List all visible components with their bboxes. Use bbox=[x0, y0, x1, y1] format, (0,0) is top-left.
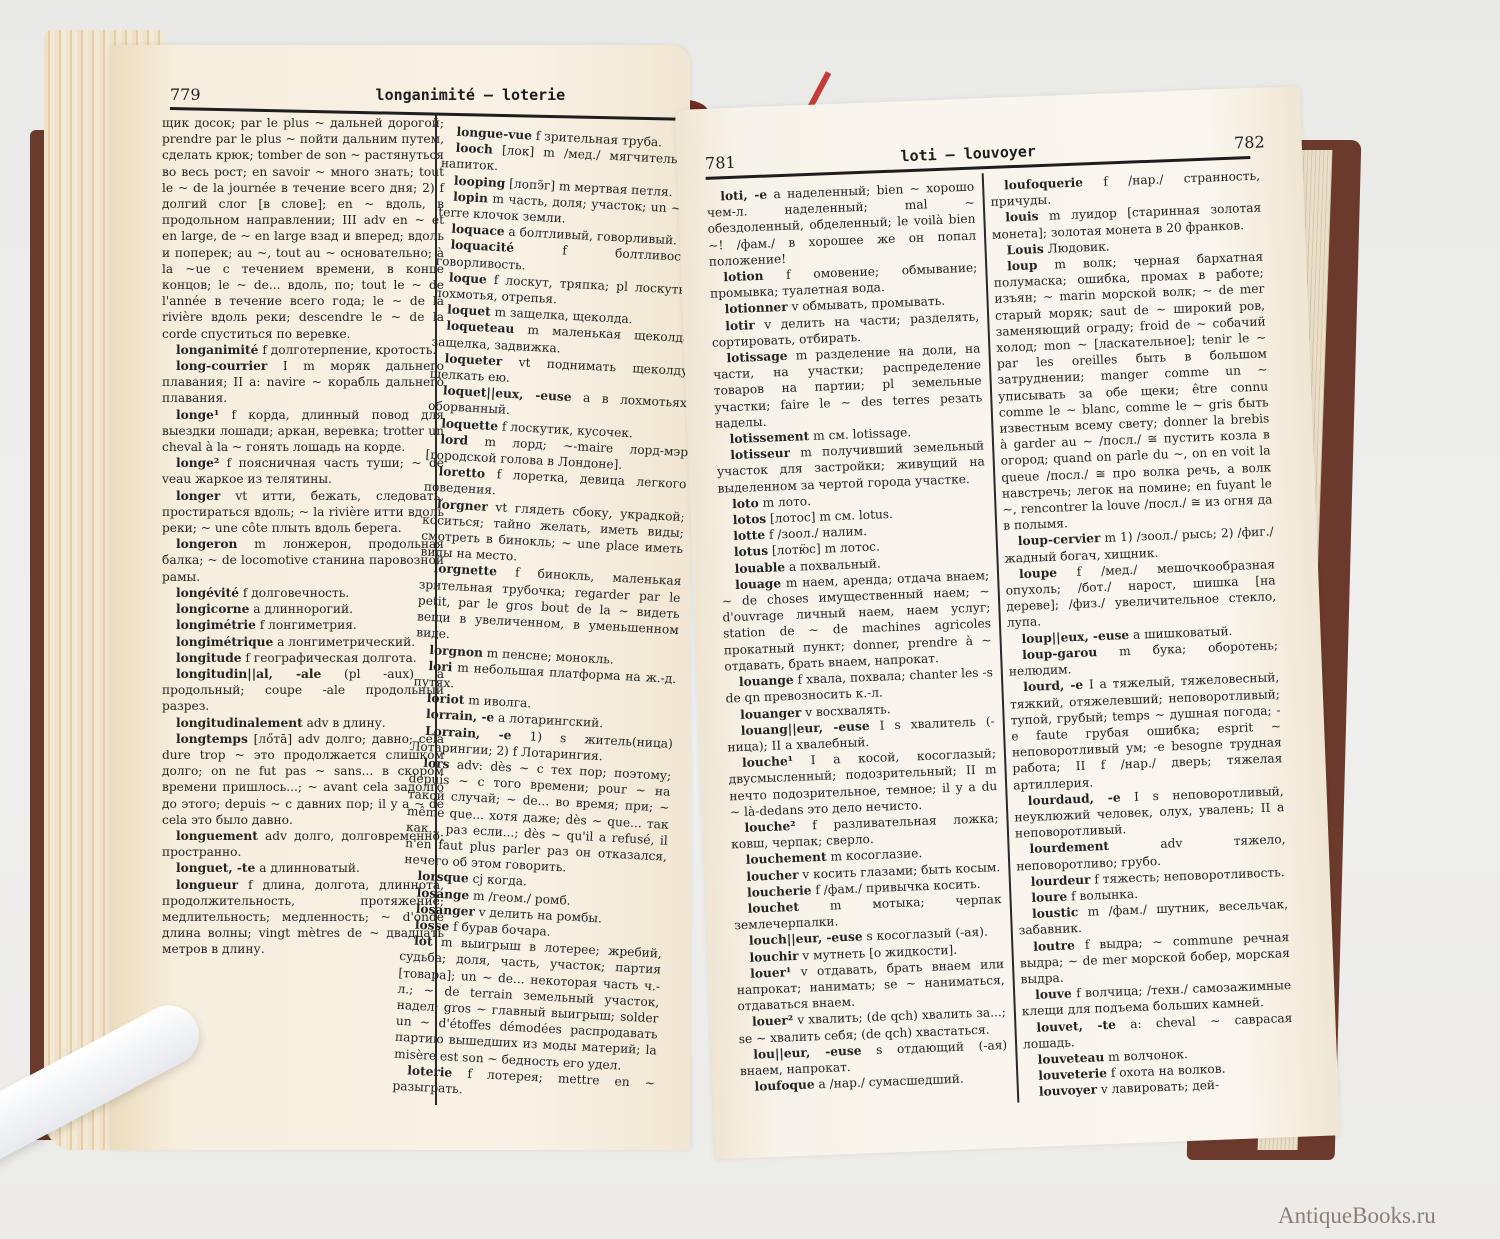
headword: louche¹ bbox=[742, 754, 793, 770]
definition: adv: dès ~ с тех пор; поэтому; depuis ~ … bbox=[404, 757, 671, 874]
headword: louve bbox=[1035, 987, 1072, 1002]
dictionary-entry: long-courrier I m моряк дальнего плавани… bbox=[162, 358, 444, 407]
dictionary-entry: loupe f /мед./ мешочкообразная опухоль; … bbox=[1005, 556, 1277, 631]
dictionary-entry: щик досок; par le plus ~ дальней дорогой… bbox=[162, 115, 444, 342]
headword: louer² bbox=[752, 1013, 794, 1029]
headword: longeron bbox=[176, 537, 237, 551]
definition: f географическая долгота. bbox=[242, 651, 417, 665]
headword: lotos bbox=[733, 512, 767, 527]
definition: m косоглазие. bbox=[826, 846, 922, 864]
headword: looping bbox=[454, 173, 506, 190]
page-number-781: 781 bbox=[705, 153, 736, 173]
headword: longimétrique bbox=[176, 635, 273, 649]
photo-scene: 779 longanimité — loterie щик досок; par… bbox=[0, 0, 1500, 1239]
headword: lorrain, -e bbox=[426, 707, 495, 725]
headword: louanger bbox=[740, 705, 802, 721]
dictionary-entry: louage m наем, аренда; отдача внаем; ~ d… bbox=[721, 567, 993, 674]
dictionary-entry: longimétrie f лонгиметрия. bbox=[162, 617, 444, 633]
headword: longicorne bbox=[176, 602, 249, 616]
page-number-782: 782 bbox=[1234, 132, 1265, 152]
headword: loti, -e bbox=[720, 188, 767, 204]
definition: m волк; черная бархатная полумаска; ошиб… bbox=[994, 250, 1273, 533]
dictionary-entry: lors adv: dès ~ с тех пор; поэтому; depu… bbox=[404, 754, 672, 881]
headword: lorsque bbox=[417, 869, 469, 886]
headword: louvoyer bbox=[1039, 1083, 1098, 1099]
headword: loquace bbox=[451, 222, 505, 239]
headword: loucherie bbox=[747, 883, 812, 899]
headword: loupe bbox=[1019, 566, 1057, 581]
dictionary-entry: lot m выигрыш в лотерее; жребий, судьба;… bbox=[394, 932, 662, 1075]
definition: cj когда. bbox=[468, 872, 527, 889]
headword: lors bbox=[423, 756, 450, 771]
dictionary-entry: lotisseur m получивший земельный участок… bbox=[716, 438, 986, 497]
headword: loretto bbox=[438, 465, 485, 481]
definition: a /нар./ сумасшедший. bbox=[814, 1072, 964, 1092]
dictionary-entry: loup m волк; черная бархатная полумаска;… bbox=[993, 249, 1273, 535]
headword: losange bbox=[416, 885, 469, 902]
definition: a лонгиметрический. bbox=[273, 635, 415, 649]
headword: loup-cervier bbox=[1018, 531, 1101, 548]
headword: lorgnon bbox=[429, 643, 483, 660]
headword: lord bbox=[440, 432, 468, 447]
headword: loqueter bbox=[444, 351, 502, 368]
definition: f лонгиметрия. bbox=[256, 618, 357, 632]
headword: longitudinalement bbox=[176, 716, 303, 730]
dictionary-entry: lorgnette f бинокль, маленькая зрительна… bbox=[416, 560, 682, 655]
headword: louveteau bbox=[1037, 1050, 1104, 1067]
definition: m волчонок. bbox=[1104, 1047, 1188, 1064]
dictionary-entry: louche¹ I a косой, косоглазый; двусмысле… bbox=[728, 745, 998, 820]
headword: longer bbox=[176, 489, 220, 503]
headword: lotion bbox=[723, 269, 764, 285]
definition: f долготерпение, кротость. bbox=[258, 343, 436, 357]
headword: louange bbox=[739, 673, 794, 689]
headword: long-courrier bbox=[176, 359, 267, 373]
left-column-1: щик досок; par le plus ~ дальней дорогой… bbox=[162, 115, 444, 958]
headword: lotissement bbox=[729, 429, 809, 446]
headword: loquette bbox=[441, 416, 499, 433]
headword: louche² bbox=[744, 819, 795, 835]
headword: louveterie bbox=[1038, 1066, 1107, 1083]
headword: lori bbox=[428, 659, 453, 674]
right-page: 781 loti — louvoyer 782 loti, -e a надел… bbox=[675, 86, 1340, 1159]
dictionary-entry: longévité f долговечность. bbox=[162, 585, 444, 601]
headword: lourdeur bbox=[1031, 872, 1091, 888]
headword: loriot bbox=[427, 691, 465, 707]
headword: lorgnette bbox=[433, 562, 497, 579]
running-head: loti — louvoyer bbox=[900, 142, 1036, 165]
definition: m выигрыш в лотерее; жребий, судьба; дол… bbox=[394, 935, 662, 1072]
headword: loto bbox=[732, 496, 759, 511]
dictionary-entry: longer vt итти, бежать, следовать, прост… bbox=[162, 488, 444, 537]
headword: lotus bbox=[734, 544, 769, 559]
headword: loterie bbox=[407, 1063, 453, 1079]
definition: a длиннорогий. bbox=[249, 602, 353, 616]
headword: lotissage bbox=[726, 349, 787, 365]
headword: lotionner bbox=[724, 300, 788, 316]
headword: longe¹ bbox=[176, 408, 219, 422]
page-number: 779 bbox=[170, 85, 201, 104]
headword: loup-garou bbox=[1022, 645, 1098, 662]
headword: longimétrie bbox=[176, 618, 256, 632]
headword: louer¹ bbox=[750, 965, 792, 981]
headword: losanger bbox=[415, 901, 475, 918]
headword: loutre bbox=[1033, 938, 1075, 954]
definition: v лавировать; дей- bbox=[1097, 1078, 1220, 1097]
headword: loucher bbox=[746, 867, 799, 883]
definition: a длинноватый. bbox=[255, 861, 360, 875]
dictionary-entry: longitudin||al, -ale (pl -aux) a продоль… bbox=[162, 666, 444, 715]
headword: loure bbox=[1031, 889, 1067, 904]
headword: loquacité bbox=[450, 238, 514, 255]
headword: longitudin||al, -ale bbox=[176, 667, 321, 681]
dictionary-entry: longtemps [лőтā] adv долго; давно; cela … bbox=[162, 731, 444, 828]
headword: Louis bbox=[1006, 242, 1044, 257]
headword: lourdement bbox=[1029, 839, 1109, 856]
headword: loquet bbox=[447, 303, 491, 319]
headword: louchement bbox=[746, 850, 827, 867]
definition: v восхвалять. bbox=[801, 702, 891, 719]
headword: longe² bbox=[176, 456, 219, 470]
headword: louable bbox=[734, 560, 785, 576]
headword: lourd, -e bbox=[1023, 678, 1083, 694]
headword: loque bbox=[449, 270, 488, 286]
watermark: AntiqueBooks.ru bbox=[1278, 1203, 1436, 1229]
headword: longévité bbox=[176, 586, 239, 600]
dictionary-entry: longeron m лонжерон, продольная балка; ~… bbox=[162, 536, 444, 585]
headword: lourdaud, -e bbox=[1028, 790, 1121, 808]
definition: Людовик. bbox=[1043, 239, 1109, 256]
definition: adv в длину. bbox=[303, 716, 386, 730]
dictionary-entry: lotissage m разделение на доли, на части… bbox=[712, 340, 983, 431]
right-column-1: loti, -e a наделенный; bien ~ хорошо чем… bbox=[706, 179, 1009, 1096]
headword: longuet, -te bbox=[176, 861, 255, 875]
headword: losse bbox=[415, 918, 450, 934]
headword: louchir bbox=[749, 948, 798, 964]
dictionary-entry: longimétrique a лонгиметрический. bbox=[162, 634, 444, 650]
dictionary-entry: longuet, -te a длинноватый. bbox=[162, 860, 444, 876]
left-page: 779 longanimité — loterie щик досок; par… bbox=[110, 45, 690, 1150]
headword: loufoquerie bbox=[1004, 175, 1083, 192]
headword: lotte bbox=[733, 528, 765, 543]
left-page-header: 779 longanimité — loterie bbox=[170, 85, 690, 104]
dictionary-entry: longitudinalement adv в длину. bbox=[162, 715, 444, 731]
dictionary-entry: longe² f поясничная часть туши; ~ de vea… bbox=[162, 455, 444, 487]
headword: louage bbox=[735, 576, 781, 592]
dictionary-entry: longuement adv долго, долговременно; про… bbox=[162, 828, 444, 860]
headword: loqueteau bbox=[446, 319, 515, 337]
headword: loup bbox=[1007, 258, 1038, 273]
headword: lotir bbox=[725, 318, 755, 333]
right-column-2: loufoquerie f /нар./ странность, причуды… bbox=[990, 168, 1295, 1101]
headword: lorgner bbox=[437, 497, 488, 514]
headword: lotisseur bbox=[730, 446, 790, 462]
headword: lot bbox=[414, 934, 433, 949]
headword: lopin bbox=[453, 189, 488, 205]
headword: longanimité bbox=[176, 343, 258, 357]
headword: Lorrain, -e bbox=[425, 723, 512, 742]
dictionary-entry: loti, -e a наделенный; bien ~ хорошо чем… bbox=[706, 179, 977, 270]
headword: louvet, -te bbox=[1036, 1017, 1116, 1034]
headword: lou||eur, -euse bbox=[753, 1043, 862, 1061]
definition: f долговечность. bbox=[239, 586, 349, 600]
definition: m лото. bbox=[758, 494, 811, 510]
headword: longtemps bbox=[176, 732, 248, 746]
headword: louchet bbox=[747, 900, 799, 916]
headword: loufoque bbox=[754, 1078, 815, 1094]
dictionary-entry: longanimité f долготерпение, кротость. bbox=[162, 342, 444, 358]
dictionary-entry: longicorne a длиннорогий. bbox=[162, 601, 444, 617]
headword: longuement bbox=[176, 829, 258, 843]
headword: louis bbox=[1005, 210, 1039, 225]
headword: longueur bbox=[176, 878, 238, 892]
headword: looch bbox=[455, 141, 493, 157]
left-column-2: longue-vue f зрительная труба.looch [лок… bbox=[392, 123, 705, 1108]
dictionary-entry: lourd, -e I a тяжелый, тяжеловесный, тяж… bbox=[1009, 670, 1283, 794]
dictionary-entry: longe¹ f корда, длинный повод для выездк… bbox=[162, 407, 444, 456]
definition: щик досок; par le plus ~ дальней дорогой… bbox=[162, 116, 444, 341]
headword: loustic bbox=[1032, 905, 1079, 921]
definition: f волынка. bbox=[1067, 887, 1138, 904]
dictionary-entry: longitude f географическая долгота. bbox=[162, 650, 444, 666]
running-head: longanimité — loterie bbox=[376, 86, 566, 104]
headword: longitude bbox=[176, 651, 242, 665]
